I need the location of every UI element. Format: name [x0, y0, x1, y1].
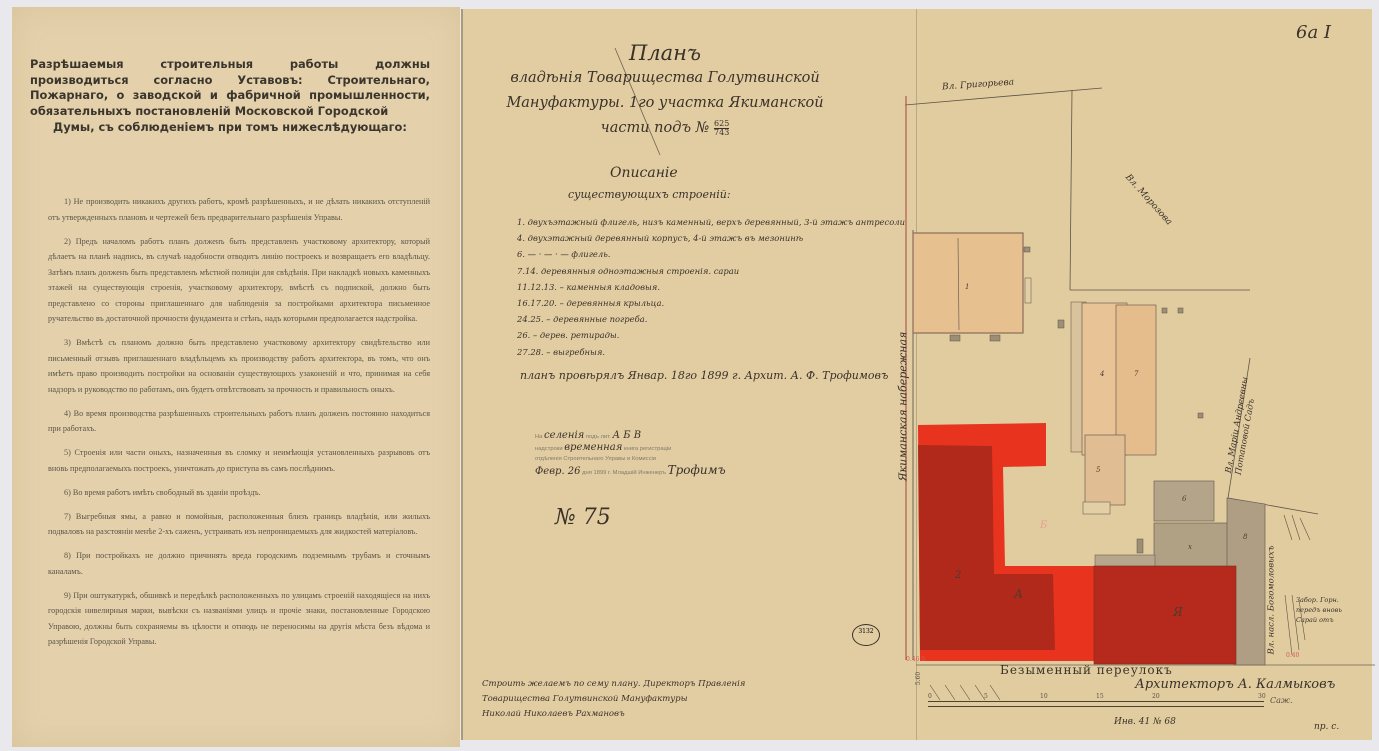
bottom-right-note: пр. с.	[1314, 722, 1339, 732]
hatched-area-note: Забор. Горн. передъ вновь Сарай отъ	[1296, 595, 1344, 625]
scale-tick: 30	[1258, 693, 1266, 700]
street-label-south: Безыменный переулокъ	[1000, 663, 1173, 677]
building-label: Б	[1040, 520, 1047, 531]
street-label-west: Якиманская набережная	[896, 332, 909, 482]
site-plan-drawing	[0, 0, 1379, 751]
building-label: 5	[1096, 466, 1100, 474]
reference-mark: 5.60	[915, 672, 922, 685]
scale-bar: 0 5 10 15 20 30 Саж.	[928, 701, 1264, 707]
scale-tick: 15	[1096, 693, 1104, 700]
street-label-southeast: Вл. насл. Богомоловыхъ	[1267, 545, 1277, 654]
building-label: 6	[1182, 495, 1186, 503]
building-label: 4	[1100, 370, 1104, 378]
building-label: 8	[1243, 533, 1247, 541]
scale-unit: Саж.	[1270, 696, 1293, 705]
scale-tick: 10	[1040, 693, 1048, 700]
scale-tick: 5	[984, 693, 988, 700]
scale-tick: 20	[1152, 693, 1160, 700]
building-label: 2	[955, 570, 961, 581]
building-label: Я	[1173, 605, 1183, 619]
elevation-mark: 0.40	[1286, 652, 1299, 659]
building-label: 1	[965, 283, 969, 291]
architect-signature: Архитекторъ А. Калмыковъ	[1135, 677, 1335, 692]
building-label: х	[1188, 543, 1192, 551]
elevation-mark: 0.46 0	[906, 656, 925, 663]
building-label: А	[1014, 587, 1023, 601]
building-label: 7	[1134, 370, 1138, 378]
scale-tick: 0	[928, 693, 932, 700]
archive-inventory-note: Инв. 41 № 68	[1114, 717, 1176, 727]
